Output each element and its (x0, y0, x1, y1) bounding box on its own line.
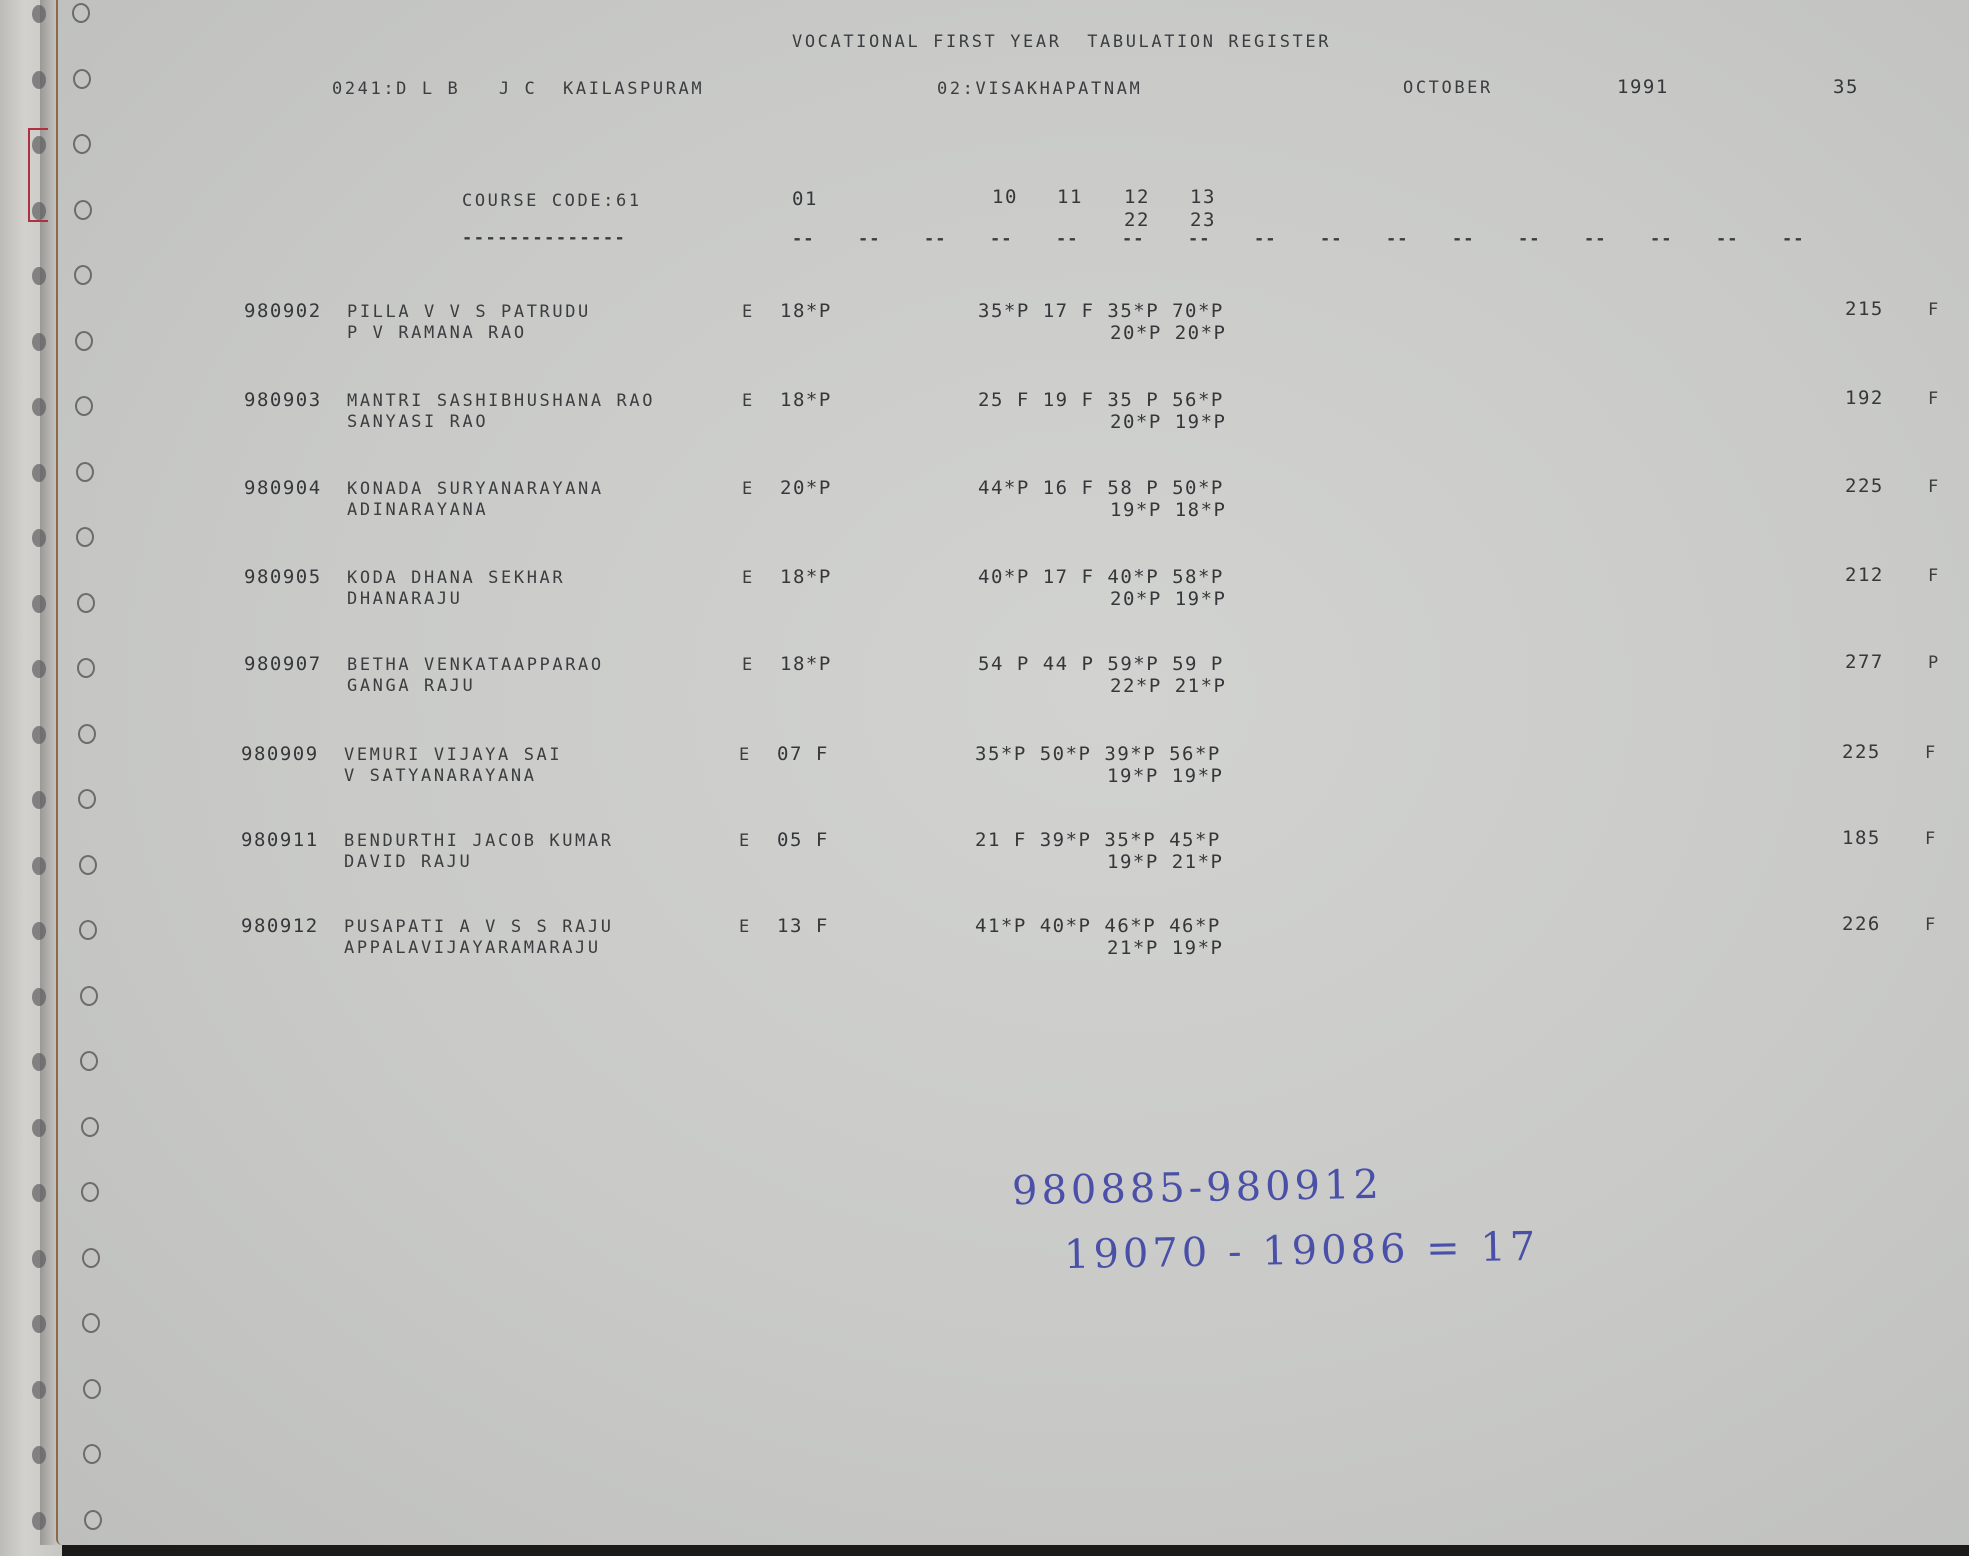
father-name: APPALAVIJAYARAMARAJU (344, 940, 601, 957)
student-name: KONADA SURYANARAYANA (347, 481, 604, 498)
marks-row1: 25 F 19 F 35 P 56*P (978, 391, 1224, 410)
father-name: ADINARAYANA (347, 502, 488, 519)
language-code: E (739, 747, 752, 764)
tractor-hole (77, 593, 95, 613)
result: F (1925, 745, 1938, 762)
underlying-hole (32, 267, 46, 285)
result: F (1928, 391, 1941, 408)
roll-number: 980902 (244, 302, 322, 321)
subject-01-mark: 07 F (777, 745, 829, 764)
tractor-hole (76, 527, 94, 547)
course-code-label: COURSE CODE:61 (462, 193, 642, 210)
underlying-hole (32, 333, 46, 351)
exam-year: 1991 (1617, 78, 1669, 97)
underlying-hole (32, 398, 46, 416)
language-code: E (742, 570, 755, 587)
subject-01-mark: 20*P (780, 479, 832, 498)
marks-row2: 19*P 21*P (1107, 853, 1223, 872)
report-title: VOCATIONAL FIRST YEAR TABULATION REGISTE… (792, 34, 1331, 51)
tractor-hole (82, 1313, 100, 1333)
language-code: E (742, 393, 755, 410)
column-dash: -- (1122, 231, 1144, 248)
subject-01-mark: 05 F (777, 831, 829, 850)
tractor-hole (73, 134, 91, 154)
column-dash: -- (1650, 231, 1672, 248)
subject-01-mark: 18*P (780, 391, 832, 410)
underlying-hole (32, 71, 46, 89)
total-marks: 225 (1842, 743, 1881, 762)
result: F (1925, 831, 1938, 848)
underlying-hole (32, 1381, 46, 1399)
tractor-hole (74, 200, 92, 220)
underlying-hole (32, 1053, 46, 1071)
column-dash: -- (1584, 231, 1606, 248)
underlying-hole (32, 202, 46, 220)
printout-page (56, 0, 1969, 1545)
marks-row1: 35*P 50*P 39*P 56*P (975, 745, 1221, 764)
underlying-hole (32, 595, 46, 613)
underlying-hole (32, 1315, 46, 1333)
subject-01-mark: 18*P (780, 655, 832, 674)
tractor-hole (77, 658, 95, 678)
student-name: PUSAPATI A V S S RAJU (344, 919, 614, 936)
column-dash: -- (1518, 231, 1540, 248)
column-dash: -- (990, 231, 1012, 248)
father-name: GANGA RAJU (347, 678, 475, 695)
underlying-hole (32, 464, 46, 482)
column-dash: -- (1188, 231, 1210, 248)
marks-row2: 21*P 19*P (1107, 939, 1223, 958)
subject-code-12: 12 (1124, 188, 1150, 207)
marks-row1: 35*P 17 F 35*P 70*P (978, 302, 1224, 321)
language-code: E (739, 919, 752, 936)
underlying-hole (32, 136, 46, 154)
student-name: PILLA V V S PATRUDU (347, 304, 591, 321)
underlying-hole (32, 529, 46, 547)
language-code: E (742, 657, 755, 674)
tractor-hole (84, 1510, 102, 1530)
father-name: P V RAMANA RAO (347, 325, 527, 342)
roll-number: 980912 (241, 917, 319, 936)
subject-code-13: 13 (1190, 188, 1216, 207)
total-marks: 277 (1845, 653, 1884, 672)
roll-number: 980905 (244, 568, 322, 587)
handwritten-count: 19070 - 19086 = 17 (1064, 1224, 1540, 1278)
student-name: KODA DHANA SEKHAR (347, 570, 565, 587)
father-name: V SATYANARAYANA (344, 768, 537, 785)
tractor-hole (72, 3, 90, 23)
page-number: 35 (1833, 78, 1859, 97)
tractor-hole (73, 69, 91, 89)
tractor-hole (79, 920, 97, 940)
tractor-hole (80, 1051, 98, 1071)
father-name: DAVID RAJU (344, 854, 472, 871)
underlying-hole (32, 1446, 46, 1464)
college-name: 0241:D L B J C KAILASPURAM (332, 81, 704, 98)
district-name: 02:VISAKHAPATNAM (937, 81, 1142, 98)
total-marks: 212 (1845, 566, 1884, 585)
underlying-hole (32, 791, 46, 809)
column-dash: -- (1452, 231, 1474, 248)
marks-row1: 40*P 17 F 40*P 58*P (978, 568, 1224, 587)
language-code: E (742, 304, 755, 321)
marks-row2: 20*P 19*P (1110, 413, 1226, 432)
tractor-hole (83, 1444, 101, 1464)
tractor-hole (75, 396, 93, 416)
total-marks: 225 (1845, 477, 1884, 496)
tractor-hole (78, 724, 96, 744)
marks-row1: 21 F 39*P 35*P 45*P (975, 831, 1221, 850)
column-dash: -- (1056, 231, 1078, 248)
result: F (1928, 479, 1941, 496)
underlying-hole (32, 857, 46, 875)
total-marks: 215 (1845, 300, 1884, 319)
subject-code-01: 01 (792, 190, 818, 209)
roll-number: 980904 (244, 479, 322, 498)
column-dash: -- (1716, 231, 1738, 248)
underlying-hole (32, 5, 46, 23)
column-dash: -- (1254, 231, 1276, 248)
total-marks: 192 (1845, 389, 1884, 408)
marks-row2: 19*P 19*P (1107, 767, 1223, 786)
exam-month: OCTOBER (1403, 80, 1493, 97)
tractor-hole (75, 331, 93, 351)
tractor-hole (79, 855, 97, 875)
result: P (1928, 655, 1941, 672)
marks-row2: 22*P 21*P (1110, 677, 1226, 696)
underlying-hole (32, 1512, 46, 1530)
underlying-hole (32, 988, 46, 1006)
underlying-hole (32, 726, 46, 744)
column-dash: -- (1320, 231, 1342, 248)
underlying-hole (32, 1250, 46, 1268)
subject-01-mark: 18*P (780, 568, 832, 587)
total-marks: 185 (1842, 829, 1881, 848)
student-name: BENDURTHI JACOB KUMAR (344, 833, 614, 850)
result: F (1928, 302, 1941, 319)
marks-row2: 19*P 18*P (1110, 501, 1226, 520)
tractor-hole (81, 1182, 99, 1202)
language-code: E (742, 481, 755, 498)
underlying-hole (32, 1119, 46, 1137)
marks-row1: 44*P 16 F 58 P 50*P (978, 479, 1224, 498)
marks-row2: 20*P 20*P (1110, 324, 1226, 343)
student-name: VEMURI VIJAYA SAI (344, 747, 562, 764)
roll-number: 980907 (244, 655, 322, 674)
marks-row2: 20*P 19*P (1110, 590, 1226, 609)
underlying-hole (32, 660, 46, 678)
subject-code-11: 11 (1057, 188, 1083, 207)
underlying-hole (32, 1184, 46, 1202)
subject-01-mark: 13 F (777, 917, 829, 936)
roll-number: 980909 (241, 745, 319, 764)
tractor-hole (83, 1379, 101, 1399)
course-code-underline: -------------- (462, 230, 626, 247)
tractor-hole (76, 462, 94, 482)
marks-row1: 54 P 44 P 59*P 59 P (978, 655, 1224, 674)
roll-number: 980911 (241, 831, 319, 850)
roll-number: 980903 (244, 391, 322, 410)
column-dash: -- (1386, 231, 1408, 248)
tractor-hole (78, 789, 96, 809)
student-name: BETHA VENKATAAPPARAO (347, 657, 604, 674)
student-name: MANTRI SASHIBHUSHANA RAO (347, 393, 655, 410)
subject-code-23: 23 (1190, 211, 1216, 230)
underlying-hole (32, 922, 46, 940)
tractor-hole (80, 986, 98, 1006)
father-name: DHANARAJU (347, 591, 463, 608)
result: F (1925, 917, 1938, 934)
total-marks: 226 (1842, 915, 1881, 934)
column-dash: -- (924, 231, 946, 248)
subject-code-10: 10 (992, 188, 1018, 207)
tractor-hole (82, 1248, 100, 1268)
column-dash: -- (858, 231, 880, 248)
handwritten-roll-range: 980885-980912 (1012, 1162, 1384, 1214)
father-name: SANYASI RAO (347, 414, 488, 431)
column-dash: -- (1782, 231, 1804, 248)
tractor-hole (81, 1117, 99, 1137)
tractor-hole (74, 265, 92, 285)
subject-code-22: 22 (1124, 211, 1150, 230)
subject-01-mark: 18*P (780, 302, 832, 321)
result: F (1928, 568, 1941, 585)
column-dash: -- (792, 231, 814, 248)
language-code: E (739, 833, 752, 850)
marks-row1: 41*P 40*P 46*P 46*P (975, 917, 1221, 936)
